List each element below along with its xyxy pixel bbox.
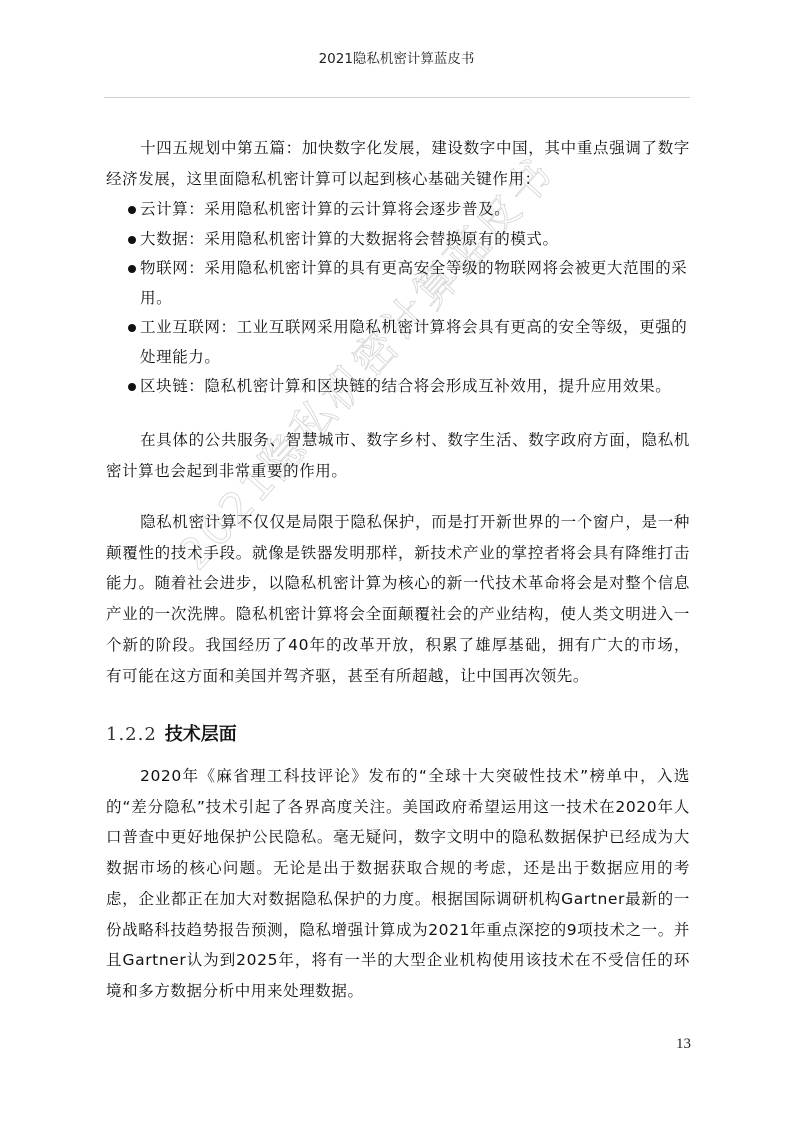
bullet-icon: [128, 265, 136, 273]
bullet-text: 工业互联网：工业互联网采用隐私机密计算将会具有更高的安全等级，更强的处理能力。: [140, 318, 687, 366]
header-divider: [104, 97, 690, 98]
bullet-text: 物联网：采用隐私机密计算的具有更高安全等级的物联网将会被更大范围的采用。: [140, 259, 687, 307]
paragraph-disruption: 隐私机密计算不仅仅是局限于隐私保护，而是打开新世界的一个窗户，是一种颠覆性的技术…: [106, 507, 690, 691]
page-number: 13: [676, 1036, 691, 1053]
paragraph-public-services-text: 在具体的公共服务、智慧城市、数字乡村、数字生活、数字政府方面，隐私机密计算也会起…: [106, 431, 690, 480]
bullet-icon: [128, 206, 136, 214]
bullet-text: 云计算：采用隐私机密计算的云计算将会逐步普及。: [140, 200, 510, 218]
paragraph-disruption-text: 隐私机密计算不仅仅是局限于隐私保护，而是打开新世界的一个窗户，是一种颠覆性的技术…: [106, 513, 690, 685]
bullet-icon: [128, 383, 136, 391]
bullet-icon: [128, 324, 136, 332]
paragraph-technology: 2020年《麻省理工科技评论》发布的“全球十大突破性技术”榜单中，入选的“差分隐…: [106, 761, 690, 1007]
bullet-text: 区块链：隐私机密计算和区块链的结合将会形成互补效用，提升应用效果。: [140, 377, 671, 395]
paragraph-technology-text: 2020年《麻省理工科技评论》发布的“全球十大突破性技术”榜单中，入选的“差分隐…: [106, 767, 690, 1000]
bullet-item-bigdata: 大数据：采用隐私机密计算的大数据将会替换原有的模式。: [106, 225, 690, 255]
section-heading: 1.2.2技术层面: [106, 720, 237, 746]
bullet-item-industrial-internet: 工业互联网：工业互联网采用隐私机密计算将会具有更高的安全等级，更强的处理能力。: [106, 313, 690, 372]
bullet-icon: [128, 236, 136, 244]
section-number: 1.2.2: [106, 724, 157, 745]
paragraph-intro-text: 十四五规划中第五篇：加快数字化发展，建设数字中国，其中重点强调了数字经济发展，这…: [106, 139, 690, 188]
paragraph-public-services: 在具体的公共服务、智慧城市、数字乡村、数字生活、数字政府方面，隐私机密计算也会起…: [106, 425, 690, 486]
bullet-item-cloud: 云计算：采用隐私机密计算的云计算将会逐步普及。: [106, 195, 690, 225]
bullet-item-blockchain: 区块链：隐私机密计算和区块链的结合将会形成互补效用，提升应用效果。: [106, 372, 690, 402]
paragraph-intro: 十四五规划中第五篇：加快数字化发展，建设数字中国，其中重点强调了数字经济发展，这…: [106, 133, 690, 194]
bullet-item-iot: 物联网：采用隐私机密计算的具有更高安全等级的物联网将会被更大范围的采用。: [106, 254, 690, 313]
running-header: 2021隐私机密计算蓝皮书: [0, 47, 793, 67]
bullet-list: 云计算：采用隐私机密计算的云计算将会逐步普及。 大数据：采用隐私机密计算的大数据…: [106, 195, 690, 402]
section-title: 技术层面: [165, 724, 237, 745]
bullet-text: 大数据：采用隐私机密计算的大数据将会替换原有的模式。: [140, 230, 559, 248]
